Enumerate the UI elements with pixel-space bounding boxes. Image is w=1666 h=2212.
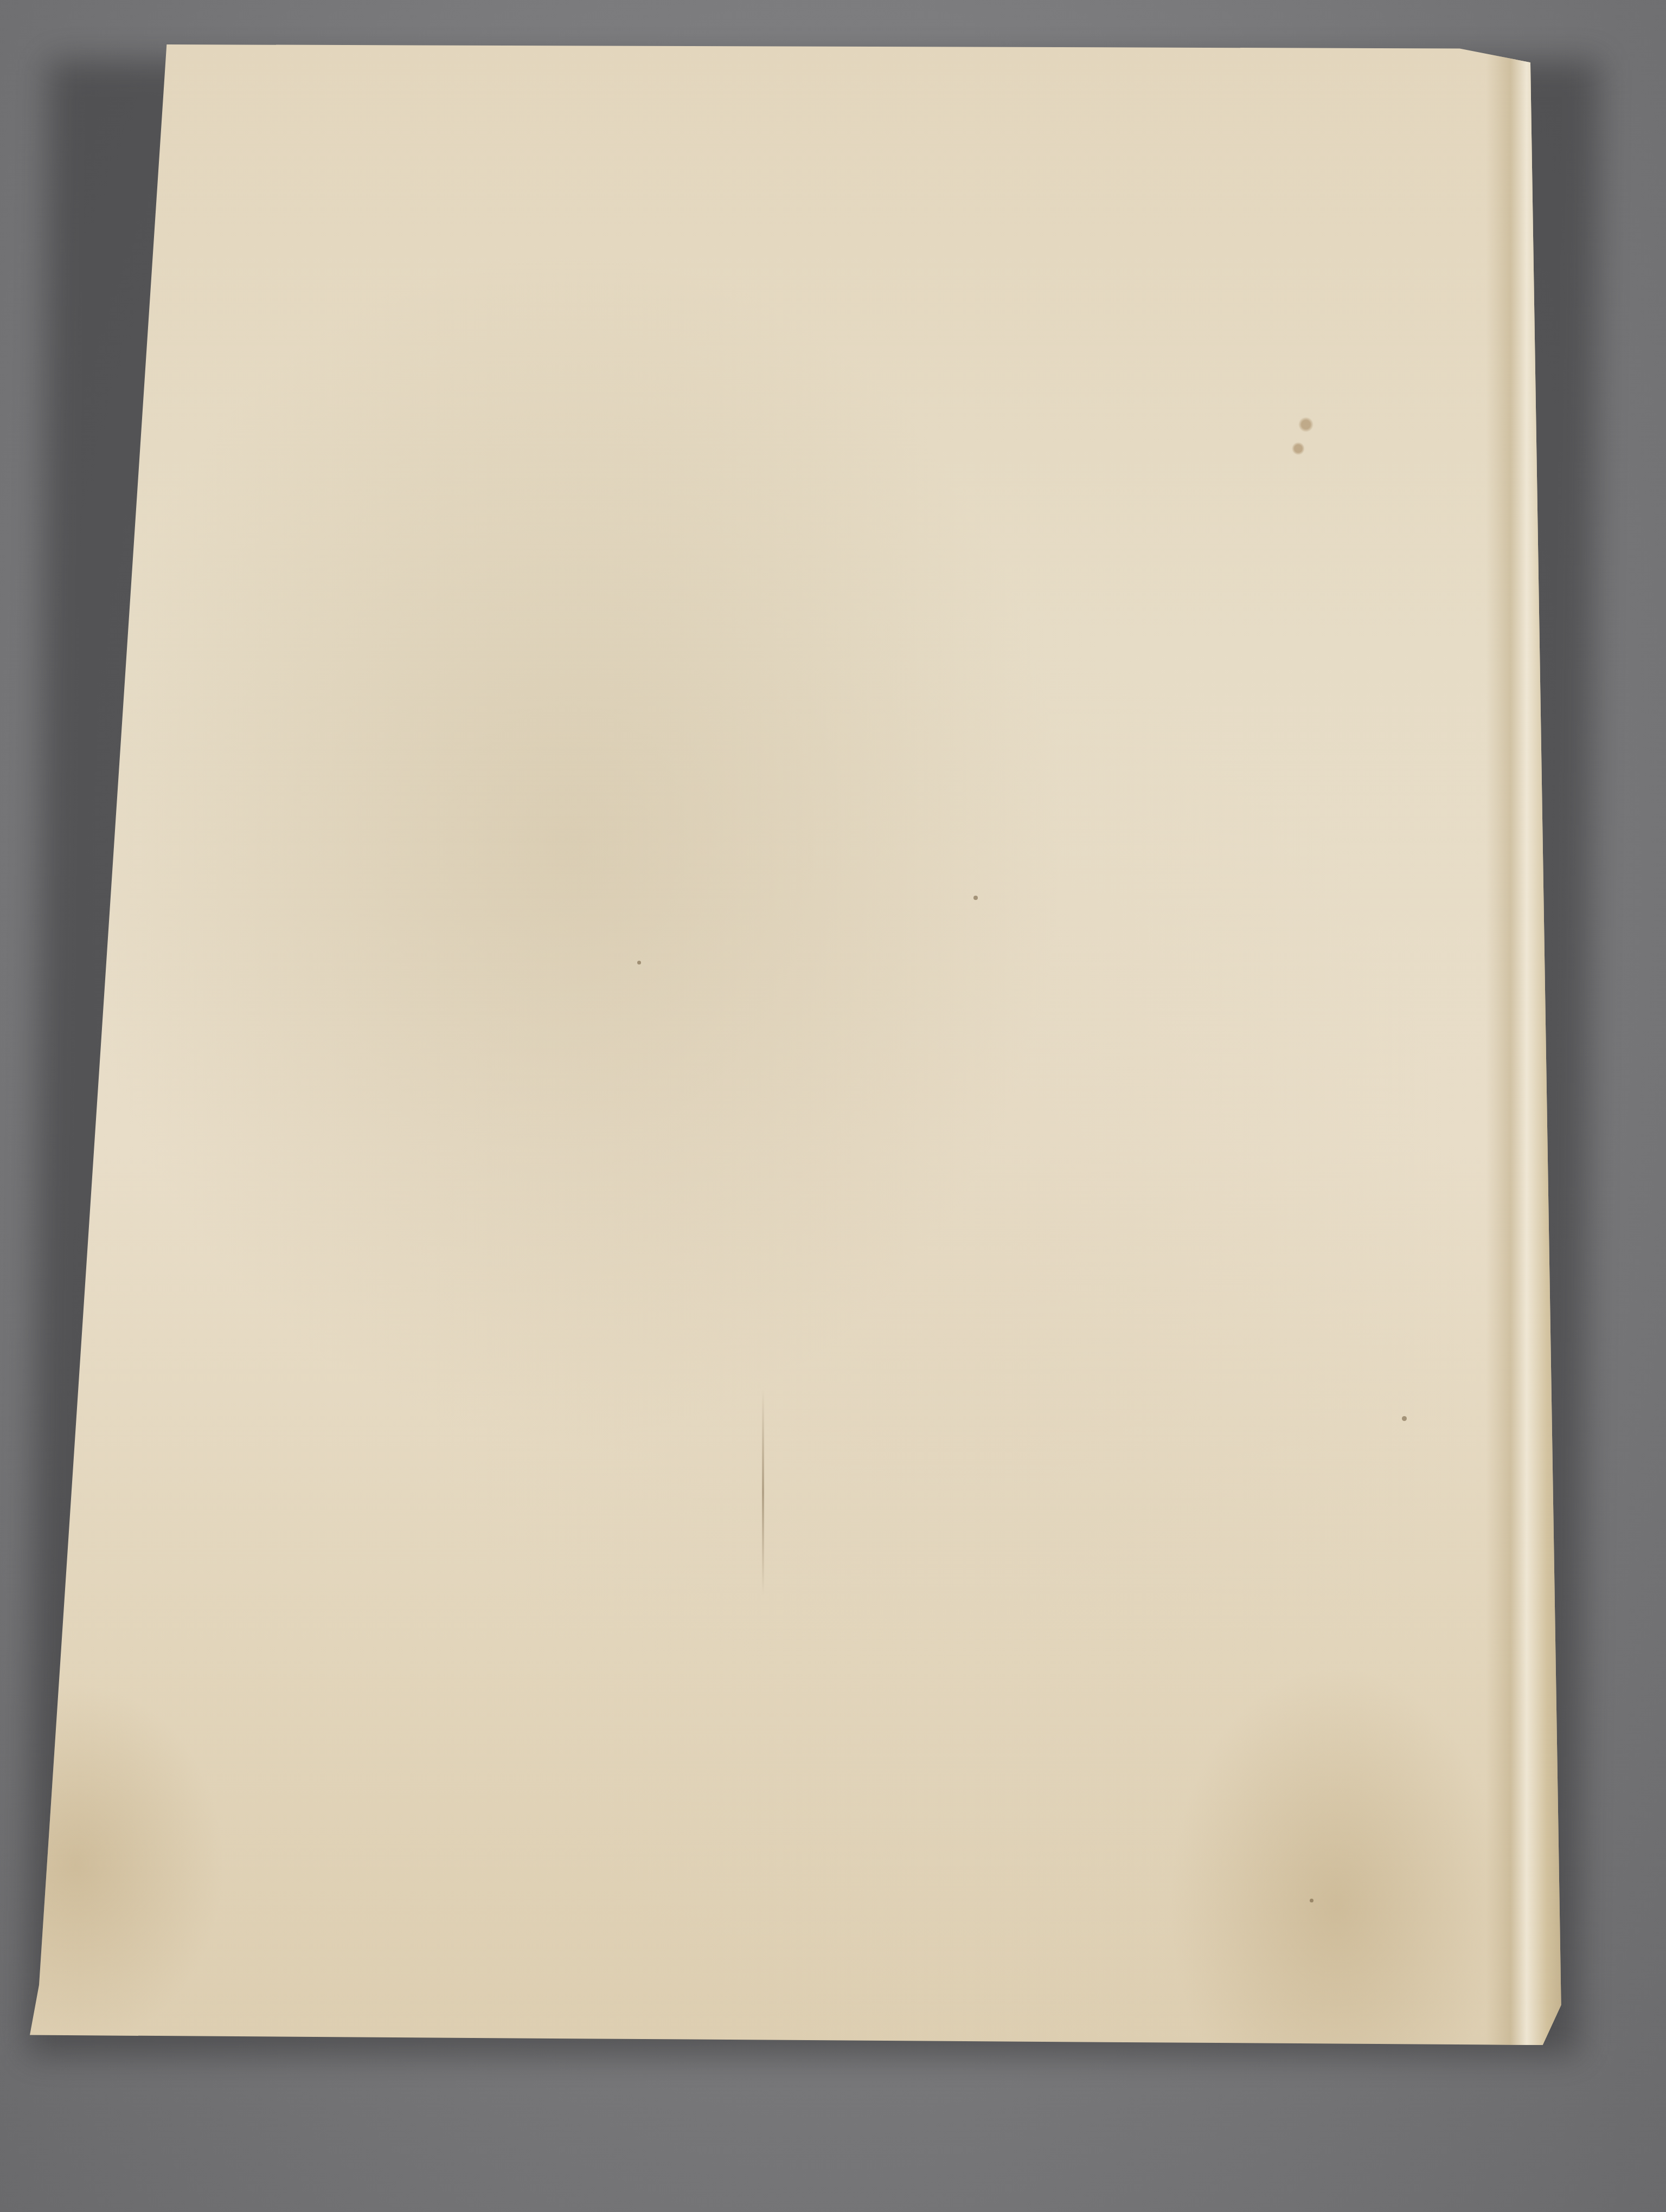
cover-crease — [762, 1389, 764, 1595]
book-back-cover — [30, 44, 1567, 2045]
stain-speck — [637, 961, 641, 964]
stain-speck — [973, 896, 978, 900]
stain-speck — [1402, 1416, 1407, 1421]
stain-speck — [1310, 1899, 1313, 1902]
